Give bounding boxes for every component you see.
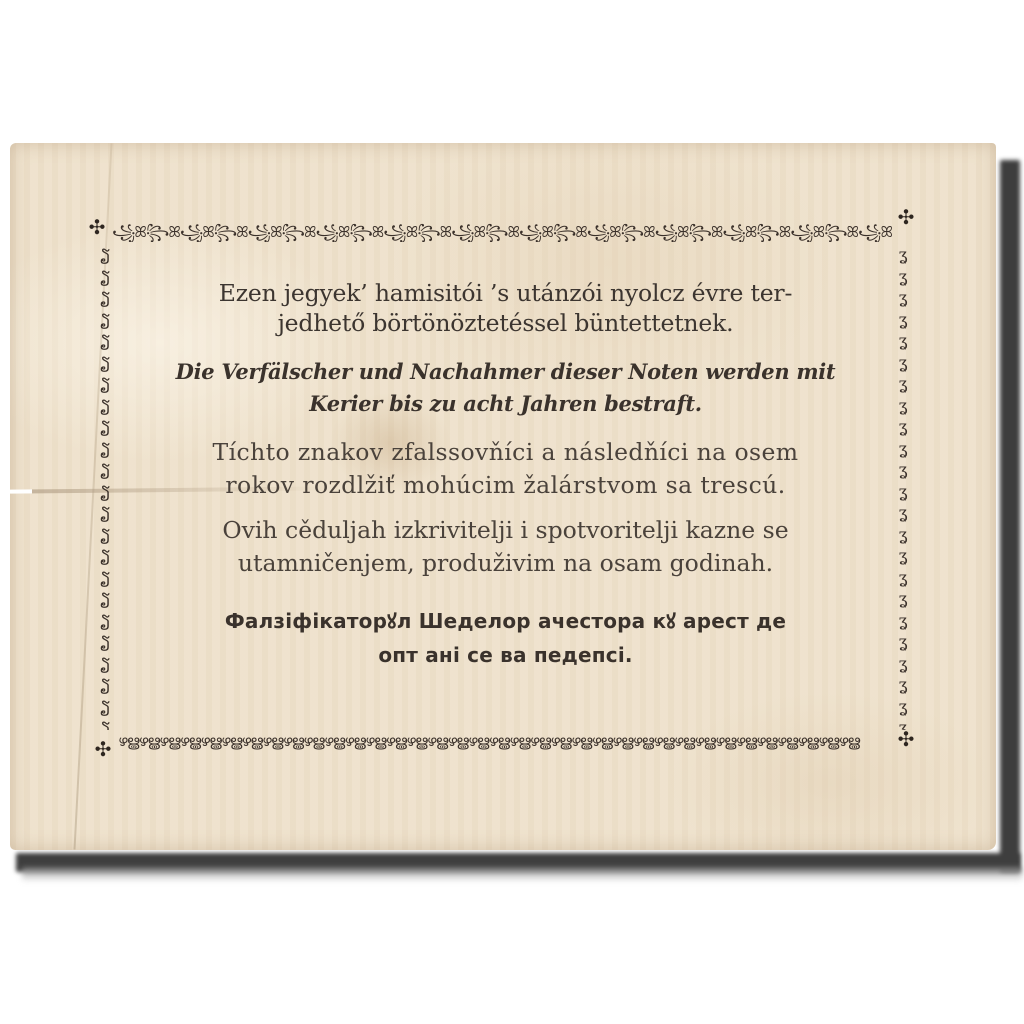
counterfeit-warning-text: Ezen jegyek’ hamisitói ’s utánzói nyolcz… xyxy=(128,278,883,672)
corner-flourish-icon: ✣ xyxy=(86,216,108,238)
warning-line: rokov rozdlžiť mohúcim žalárstvom sa tre… xyxy=(128,469,883,502)
warning-croatian: Ovih cěduljah izkrivitelji i spotvoritel… xyxy=(128,514,883,580)
warning-line: Ovih cěduljah izkrivitelji i spotvoritel… xyxy=(128,514,883,547)
paper-shadow-right xyxy=(1000,160,1020,872)
warning-line: utamničenjem, produživim na osam godinah… xyxy=(128,547,883,580)
warning-romanian-cyrillic: Фалзіфікаторꙋл Шеделор ачестора кꙋ арест… xyxy=(128,604,883,672)
ornamental-border-right: ʓ ʓ ʓ ʓ ʓ ʓ ʓ ʓ ʓ ʓ ʓ ʓ ʓ ʓ ʓ ʓ ʓ ʓ ʓ ʓ … xyxy=(892,244,914,730)
warning-hungarian: Ezen jegyek’ hamisitói ’s utánzói nyolcz… xyxy=(128,278,883,338)
warning-line: Фалзіфікаторꙋл Шеделор ачестора кꙋ арест… xyxy=(128,604,883,638)
ornamental-border-left: ຽ ຽ ຽ ຽ ຽ ຽ ຽ ຽ ຽ ຽ ຽ ຽ ຽ ຽ ຽ ຽ ຽ ຽ ຽ ຽ … xyxy=(94,244,116,730)
warning-line: Kerier bis zu acht Jahren bestraft. xyxy=(128,388,883,420)
ornamental-border-top: ꧁ꕤ꧂ꕤ꧁ꕤ꧂ꕤ꧁ꕤ꧂ꕤ꧁ꕤ꧂ꕤ꧁ꕤ꧂ꕤ꧁ꕤ꧂ꕤ꧁ꕤ꧂ꕤ꧁ꕤ꧂ꕤ꧁ꕤ꧂ꕤ꧁ꕤ꧂ꕤ… xyxy=(112,222,892,242)
warning-slovak: Tíchto znakov zfalssovňíci a následňíci … xyxy=(128,436,883,502)
corner-flourish-icon: ✣ xyxy=(92,738,114,760)
warning-line: Tíchto znakov zfalssovňíci a následňíci … xyxy=(128,436,883,469)
warning-german: Die Verfälscher und Nachahmer dieser Not… xyxy=(128,356,883,420)
ornamental-border-bottom: ഴൠഴൠഴൠഴൠഴൠഴൠഴൠഴൠഴൠഴൠഴൠഴൠഴൠഴൠഴൠഴൠഴൠഴൠഴൠഴൠ… xyxy=(118,731,893,751)
warning-line: jedhető börtönöztetéssel büntettetnek. xyxy=(128,308,883,338)
corner-flourish-icon: ✣ xyxy=(895,206,917,228)
paper-shadow-fade xyxy=(22,868,1022,882)
warning-line: Die Verfälscher und Nachahmer dieser Not… xyxy=(128,356,883,388)
warning-line: Ezen jegyek’ hamisitói ’s utánzói nyolcz… xyxy=(128,278,883,308)
warning-line: опт ані се ва педепсі. xyxy=(128,638,883,672)
corner-flourish-icon: ✣ xyxy=(895,728,917,750)
